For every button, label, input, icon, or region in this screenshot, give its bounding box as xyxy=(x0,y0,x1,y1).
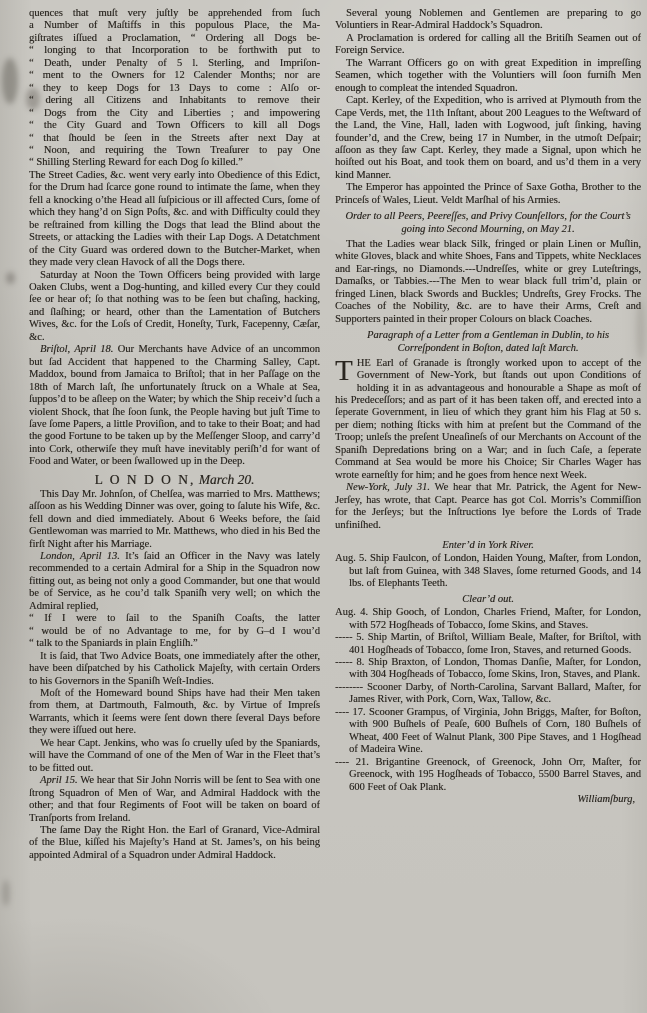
paragraph: The Emperor has appointed the Prince of … xyxy=(335,182,641,207)
italic-heading: Enter’d in York River. xyxy=(335,540,641,552)
paragraph-text: This Day Mr. Johnſon, of Chelſea, was ma… xyxy=(29,489,320,550)
dateline: New-York, July 31. xyxy=(346,482,430,493)
ship-entry: -------- Scooner Darby, of North-Carolin… xyxy=(335,682,641,707)
left-column: quences that muſt very juſtly be apprehe… xyxy=(29,8,320,1013)
paragraph-text: That the Ladies wear black Silk, fringed… xyxy=(335,239,641,325)
paragraph: The Street Cadies, &c. went very early i… xyxy=(29,170,320,270)
italic-heading: Paragraph of a Letter from a Gentleman i… xyxy=(335,330,641,356)
quoted-line: “ would be of no Advantage to me, for by… xyxy=(29,626,320,638)
quoted-line: “ ment to the Owners for 12 Calender Mon… xyxy=(29,70,320,82)
quoted-line: quences that muſt very juſtly be apprehe… xyxy=(29,8,320,20)
paragraph: Capt. Kerley, of the Expedition, who is … xyxy=(335,95,641,182)
italic-heading: Clear’d out. xyxy=(335,594,641,606)
ship-entry: ---- 21. Brigantine Greenock, of Greenoc… xyxy=(335,757,641,794)
paragraph-text: -------- Scooner Darby, of North-Carolin… xyxy=(335,682,641,705)
quoted-line: “ talk to the Spaniards in plain Engliſh… xyxy=(29,638,320,650)
paragraph: It is ſaid, that Two Advice Boats, one i… xyxy=(29,651,320,688)
paragraph: New-York, July 31. We hear that Mr. Patr… xyxy=(335,482,641,532)
drop-cap-letter: T xyxy=(335,358,357,383)
paragraph: This Day Mr. Johnſon, of Chelſea, was ma… xyxy=(29,489,320,551)
paragraph-text: Aug. 4. Ship Gooch, of London, Charles F… xyxy=(335,607,641,630)
paragraph-text: ----- 5. Ship Martin, of Briſtol, Willia… xyxy=(335,632,641,655)
imprint-placename: Williamſburg, xyxy=(335,794,641,806)
admiral-quote: “ If I were to ſail to the Spaniſh Coaſt… xyxy=(29,613,320,650)
paragraph-text: ---- 21. Brigantine Greenock, of Greenoc… xyxy=(335,757,641,793)
paragraph: The ſame Day the Right Hon. the Earl of … xyxy=(29,825,320,862)
quoted-line: “ Noon, and requiring the Town Treaſurer… xyxy=(29,145,320,157)
ship-entry: Aug. 5. Ship Faulcon, of London, Haiden … xyxy=(335,553,641,590)
italic-heading: Order to all Peers, Peereſſes, and Privy… xyxy=(335,211,641,237)
dateline: Briſtol, April 18. xyxy=(40,344,113,355)
quoted-line: a Number of Maſtiffs in this populous Pl… xyxy=(29,20,320,32)
paragraph-text: The Emperor has appointed the Prince of … xyxy=(335,182,641,205)
quoted-line: “ that ſhould be ſeen in the Streets aft… xyxy=(29,133,320,145)
paragraph: London, April 13. It’s ſaid an Officer i… xyxy=(29,551,320,613)
heading-date: March 20. xyxy=(195,472,254,487)
quoted-line: giſtrates iſſued a Proclamation, “ Order… xyxy=(29,33,320,45)
paragraph: Moſt of the Homeward bound Ships have ha… xyxy=(29,688,320,738)
ship-entry: Aug. 4. Ship Gooch, of London, Charles F… xyxy=(335,607,641,632)
paragraph-text: The Warrant Officers go on with great Ex… xyxy=(335,58,641,94)
paragraph: April 15. We hear that Sir John Norris w… xyxy=(29,775,320,825)
right-column: Several young Noblemen and Gentlemen are… xyxy=(335,8,641,1013)
quoted-line: “ dering all Citizens and Inhabitants to… xyxy=(29,95,320,107)
paragraph-text: Moſt of the Homeward bound Ships have ha… xyxy=(29,688,320,736)
newspaper-page: quences that muſt very juſtly be apprehe… xyxy=(0,0,647,1013)
paragraph: The Warrant Officers go on with great Ex… xyxy=(335,58,641,95)
paragraph-text: We hear Capt. Jenkins, who was ſo cruell… xyxy=(29,738,320,774)
paragraph: Saturday at Noon the Town Officers being… xyxy=(29,270,320,345)
dropcap-paragraph: THE Earl of Granade is ſtrongly worked u… xyxy=(335,358,641,483)
quoted-line: “ they to keep Dogs for 13 Days to come … xyxy=(29,83,320,95)
heading-place: L O N D O N, xyxy=(95,472,196,487)
proclamation-quote: quences that muſt very juſtly be apprehe… xyxy=(29,8,320,170)
section-heading: L O N D O N, March 20. xyxy=(29,472,320,488)
paragraph-text: The ſame Day the Right Hon. the Earl of … xyxy=(29,825,320,861)
ship-entry: ----- 8. Ship Braxton, of London, Thomas… xyxy=(335,657,641,682)
paragraph-text: Saturday at Noon the Town Officers being… xyxy=(29,270,320,343)
paragraph: We hear Capt. Jenkins, who was ſo cruell… xyxy=(29,738,320,775)
paragraph: That the Ladies wear black Silk, fringed… xyxy=(335,239,641,326)
dateline: April 15. xyxy=(40,775,78,786)
paragraph-text: ----- 8. Ship Braxton, of London, Thomas… xyxy=(335,657,641,680)
paragraph-text: A Proclamation is ordered for calling al… xyxy=(335,33,641,56)
paragraph-text: HE Earl of Granade is ſtrongly worked up… xyxy=(335,358,641,481)
quoted-line: “ the City Guard and Town Officers to ki… xyxy=(29,120,320,132)
spacer xyxy=(335,532,641,537)
quoted-line: “ If I were to ſail to the Spaniſh Coaſt… xyxy=(29,613,320,625)
paragraph-text: Capt. Kerley, of the Expedition, who is … xyxy=(335,95,641,181)
paragraph: Several young Noblemen and Gentlemen are… xyxy=(335,8,641,33)
quoted-line: “ Shilling Sterling Reward for each Dog … xyxy=(29,157,320,169)
paragraph-text: Aug. 5. Ship Faulcon, of London, Haiden … xyxy=(335,553,641,589)
quoted-line: “ longing to that Incorporation to be fo… xyxy=(29,45,320,57)
paragraph: Briſtol, April 18. Our Merchants have Ad… xyxy=(29,344,320,469)
quoted-line: “ Dogs from the City and Liberties ; and… xyxy=(29,108,320,120)
paragraph-text: ---- 17. Scooner Grampus, of Virginia, J… xyxy=(335,707,641,755)
paragraph-text: Several young Noblemen and Gentlemen are… xyxy=(335,8,641,31)
dateline: London, April 13. xyxy=(40,551,120,562)
paragraph-text: Our Merchants have Advice of an uncommon… xyxy=(29,344,320,467)
ship-entry: ---- 17. Scooner Grampus, of Virginia, J… xyxy=(335,707,641,757)
paragraph: A Proclamation is ordered for calling al… xyxy=(335,33,641,58)
ship-entry: ----- 5. Ship Martin, of Briſtol, Willia… xyxy=(335,632,641,657)
paragraph-text: The Street Cadies, &c. went very early i… xyxy=(29,170,320,268)
paragraph-text: It is ſaid, that Two Advice Boats, one i… xyxy=(29,651,320,687)
quoted-line: “ Death, under Penalty of 5 l. Sterling,… xyxy=(29,58,320,70)
